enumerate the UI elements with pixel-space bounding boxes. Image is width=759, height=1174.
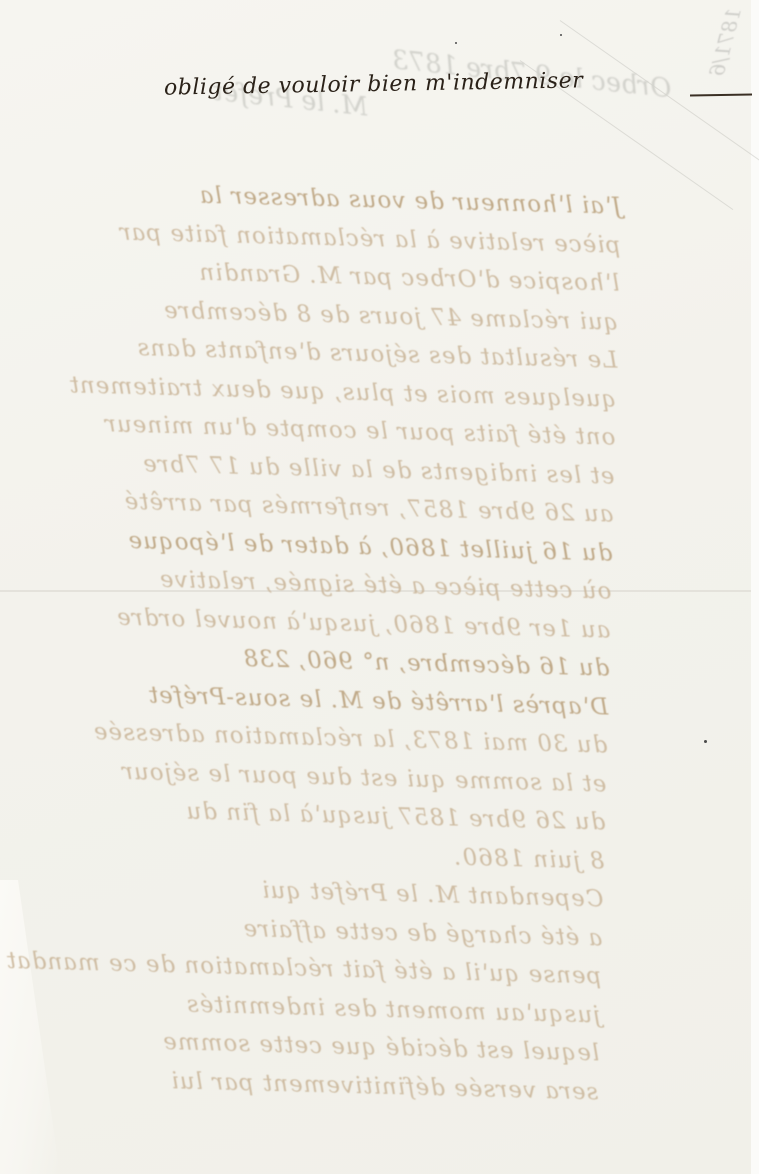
bleed-through-text: J'ai l'honneur de vous adresser la pièce… [18, 173, 622, 1112]
paper-edge [751, 0, 759, 1174]
paper-speck [704, 740, 707, 743]
bleed-corner-note: 1871/6 [704, 5, 745, 79]
paper-speck [560, 34, 562, 36]
letter-page: Orbec le 9 7bre 1873 M. le Préfet 1871/6… [0, 0, 759, 1174]
paper-speck [455, 42, 457, 44]
